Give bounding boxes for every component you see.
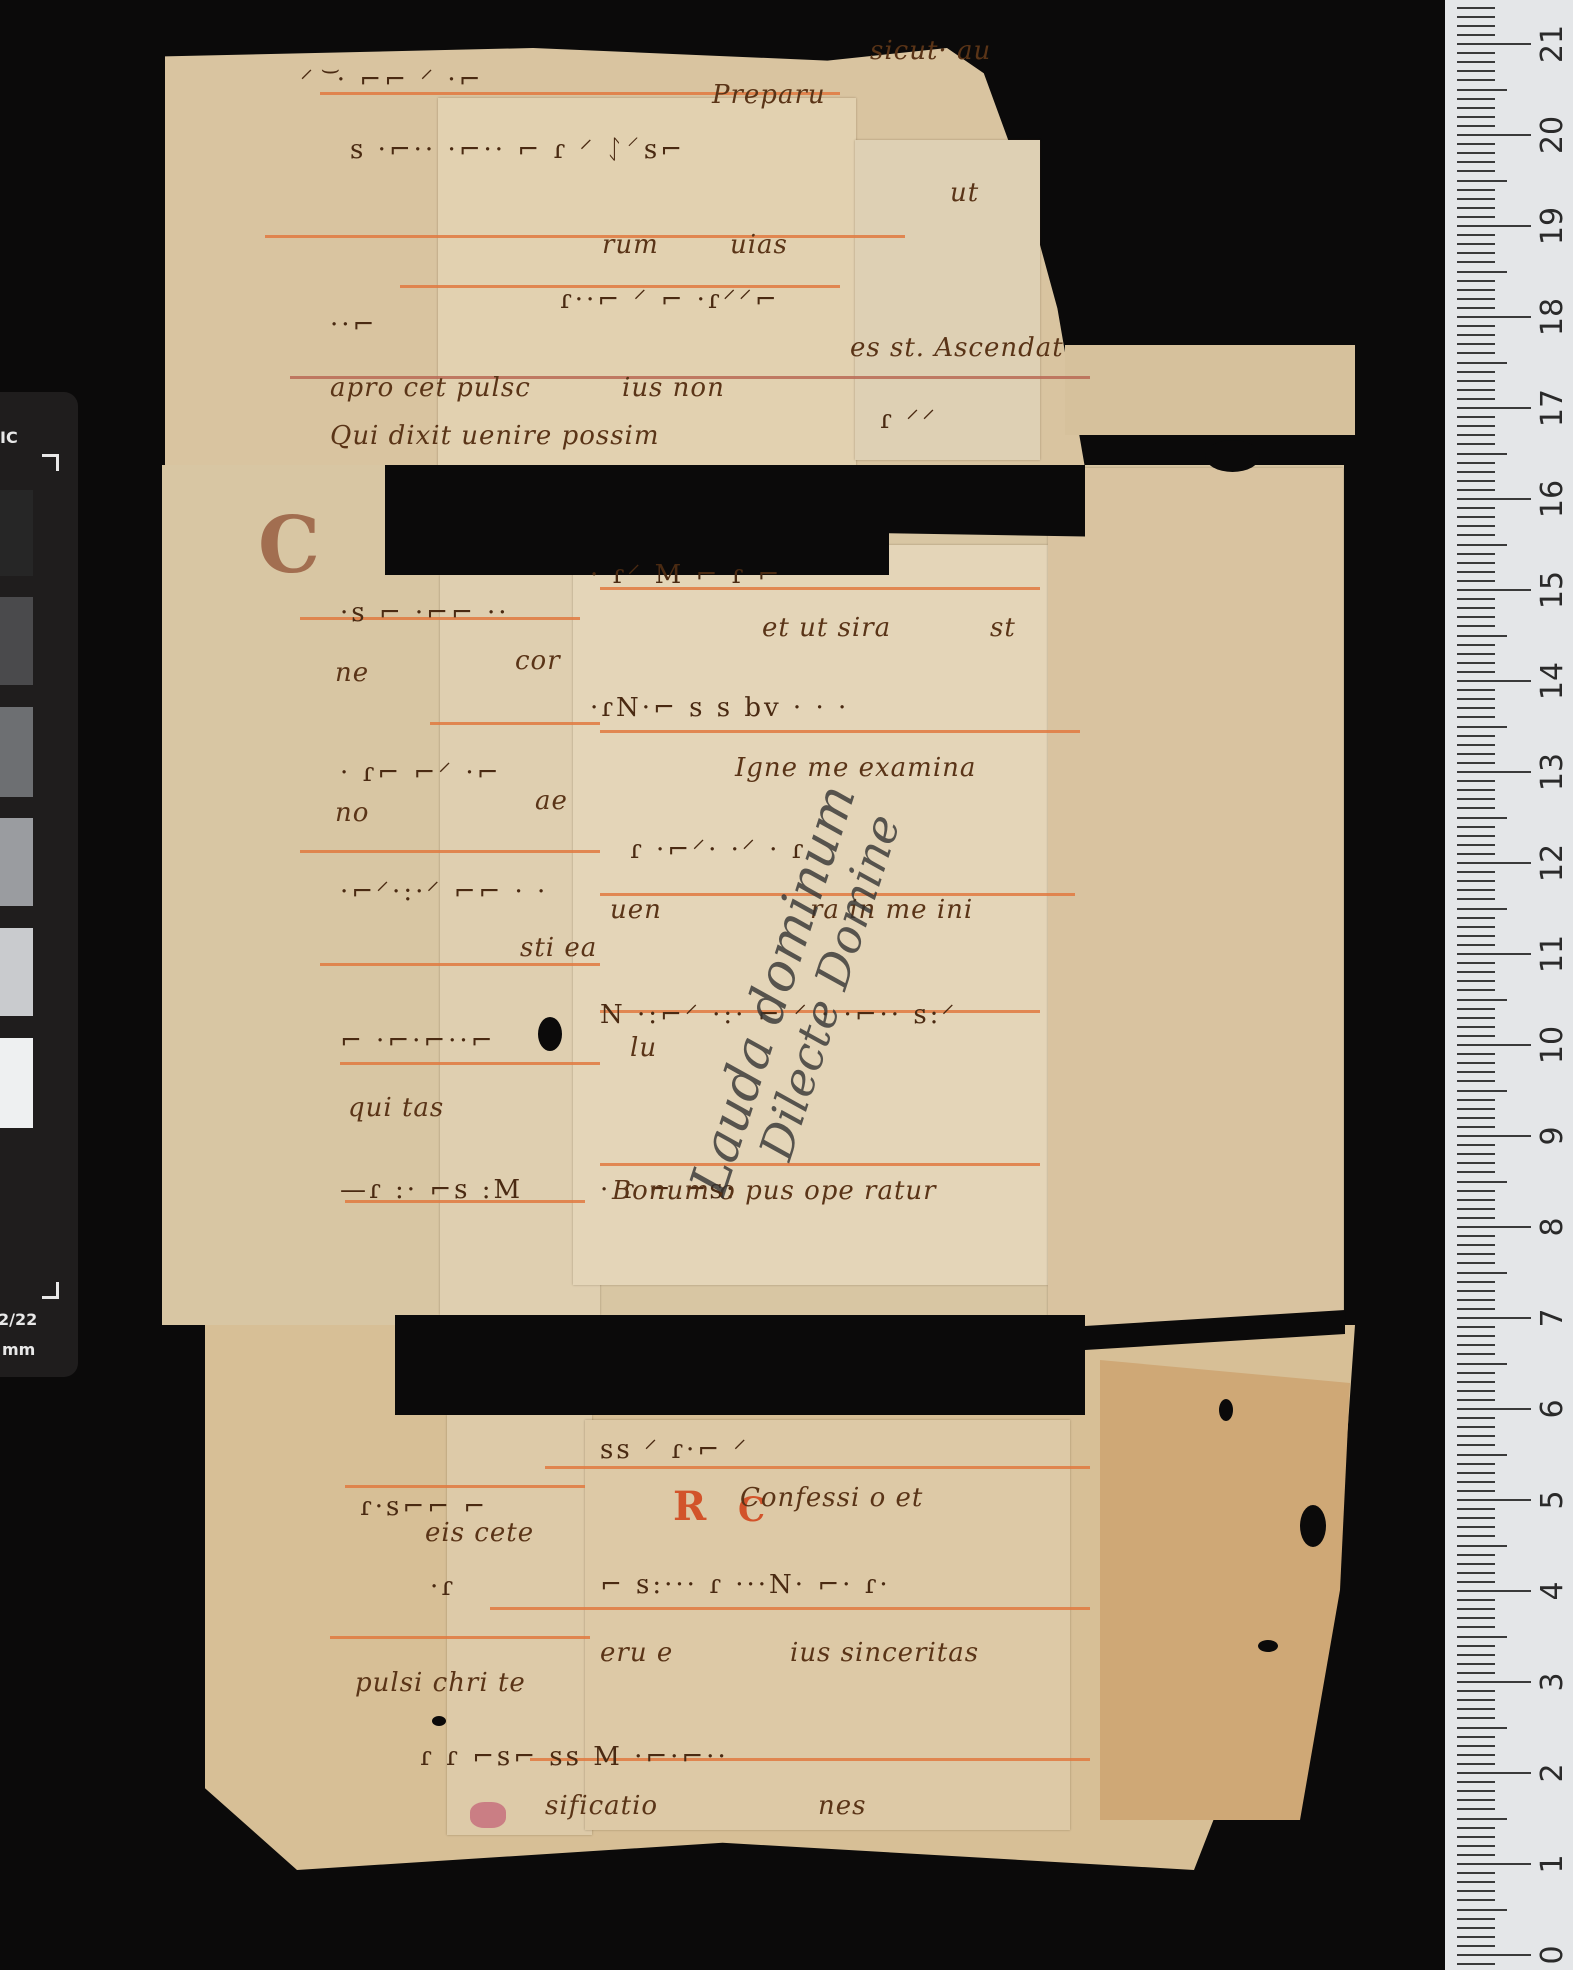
wax-seal-fragment: [470, 1802, 506, 1828]
ruler-tick: [1457, 1608, 1495, 1610]
manuscript-word: Confessi o et: [740, 1483, 923, 1513]
ruler-tick: [1457, 134, 1531, 136]
manuscript-word: uen: [610, 895, 662, 925]
ruler-tick: [1457, 198, 1495, 200]
hole: [538, 1017, 562, 1051]
ruler-tick: [1457, 917, 1495, 919]
ruler-tick: [1457, 1363, 1507, 1365]
ruler-tick: [1457, 707, 1495, 709]
ruler-tick: [1457, 735, 1495, 737]
manuscript-word: lu: [630, 1033, 657, 1063]
ruler-tick: [1457, 1818, 1507, 1820]
manuscript-word: eis cete: [425, 1518, 534, 1548]
ruler-tick: [1457, 1135, 1531, 1137]
ruler-tick: [1457, 744, 1495, 746]
ruler-tick: [1457, 635, 1507, 637]
ruler-tick: [1457, 1435, 1495, 1437]
ruler-tick: [1457, 653, 1495, 655]
ruler-tick: [1457, 389, 1495, 391]
measurement-ruler: 0123456789101112131415161718192021: [1445, 0, 1573, 1970]
ruler-tick: [1457, 1727, 1507, 1729]
ruler-tick: [1457, 598, 1495, 600]
manuscript-word: no: [335, 798, 369, 828]
manuscript-word: sti ea: [520, 933, 597, 963]
ruler-tick: [1457, 1417, 1495, 1419]
ruler-tick: [1457, 589, 1531, 591]
ruler-tick: [1457, 1090, 1507, 1092]
ruler-tick: [1457, 1181, 1507, 1183]
ruler-tick: [1457, 962, 1495, 964]
ruler-tick: [1457, 807, 1495, 809]
ruler-tick: [1457, 252, 1495, 254]
neume-row: ⌐ ·⌐·⌐··⌐: [340, 1026, 495, 1056]
ruler-tick: [1457, 1845, 1495, 1847]
ruler-tick: [1457, 280, 1495, 282]
ruler-tick: [1457, 1799, 1495, 1801]
ruler-tick: [1457, 1636, 1507, 1638]
ruler-tick: [1457, 1754, 1495, 1756]
ruler-tick: [1457, 1426, 1495, 1428]
ruler-label: 14: [1538, 661, 1568, 701]
ruler-tick: [1457, 516, 1495, 518]
ruler-tick: [1457, 407, 1531, 409]
ruler-tick: [1457, 1717, 1495, 1719]
ruler-tick: [1457, 1335, 1495, 1337]
ruler-label: 2: [1538, 1753, 1568, 1793]
ruler-tick: [1457, 1099, 1495, 1101]
ruler-tick: [1457, 726, 1507, 728]
manuscript-word: uias: [730, 230, 788, 260]
ruler-tick: [1457, 453, 1507, 455]
ruler-tick: [1457, 1899, 1495, 1901]
ruler-tick: [1457, 489, 1495, 491]
ruler-label: 6: [1538, 1389, 1568, 1429]
ruler-tick: [1457, 644, 1495, 646]
ruler-tick: [1457, 1108, 1495, 1110]
ruler-tick: [1457, 334, 1495, 336]
ruler-tick: [1457, 798, 1495, 800]
neume-row: ꜱ ·⌐·· ·⌐·· ⌐ ɾ ⸍ ᛇ⸍ꜱ⌐: [350, 130, 685, 166]
ruler-tick: [1457, 161, 1495, 163]
ruler-tick: [1457, 1281, 1495, 1283]
ruler-tick: [1457, 1317, 1531, 1319]
ruler-tick: [1457, 1881, 1495, 1883]
ruler-tick: [1457, 1645, 1495, 1647]
ruler-label: 19: [1538, 206, 1568, 246]
ruler-label: 5: [1538, 1480, 1568, 1520]
neume-row: ·ꜱ ⌐ ·⌐⌐ ··: [340, 598, 510, 628]
manuscript-word: Qui dixit uenire possim: [330, 421, 660, 451]
ruler-tick: [1457, 944, 1495, 946]
neume-row: ··⌐: [330, 310, 377, 340]
ruler-tick: [1457, 425, 1495, 427]
ruler-tick: [1457, 1781, 1495, 1783]
ruler-tick: [1457, 170, 1495, 172]
ruler-tick: [1457, 1190, 1495, 1192]
ruler-tick: [1457, 880, 1495, 882]
ruler-tick: [1457, 1854, 1495, 1856]
ruler-tick: [1457, 1790, 1495, 1792]
ruler-tick: [1457, 298, 1495, 300]
ruler-tick: [1457, 79, 1495, 81]
ruler-tick: [1457, 1736, 1495, 1738]
ruler-tick: [1457, 143, 1495, 145]
ruler-tick: [1457, 462, 1495, 464]
ruler-tick: [1457, 1954, 1531, 1956]
ruler-tick: [1457, 1808, 1495, 1810]
manuscript-word: eru e: [600, 1638, 673, 1668]
ruler-tick: [1457, 908, 1507, 910]
ruler-tick: [1457, 1244, 1495, 1246]
ruler-tick: [1457, 1499, 1531, 1501]
ruler-tick: [1457, 716, 1495, 718]
neume-row: ɾ··⌐ ⸍ ⌐ ·ɾ⸍⸍⌐: [560, 280, 779, 316]
ruler-tick: [1457, 325, 1495, 327]
ruler-tick: [1457, 7, 1495, 9]
ruler-tick: [1457, 1253, 1495, 1255]
ruler-tick: [1457, 1708, 1495, 1710]
manuscript-word: Igne me examina: [735, 753, 976, 783]
ruler-tick: [1457, 680, 1531, 682]
neume-row: ɾ ·⌐⸍· ·⸍ · ɾ: [630, 830, 806, 866]
neume-row: —ɾ :· ⌐ꜱ :M: [340, 1175, 523, 1205]
manuscript-word: et ut sira: [762, 613, 891, 643]
ruler-tick: [1457, 1927, 1495, 1929]
ruler-tick: [1457, 1772, 1531, 1774]
ruler-tick: [1457, 544, 1507, 546]
ruler-tick: [1457, 762, 1495, 764]
ruler-tick: [1457, 826, 1495, 828]
ruler-tick: [1457, 926, 1495, 928]
ruler-tick: [1457, 953, 1531, 955]
ruler-tick: [1457, 817, 1507, 819]
manuscript-word: pulsi chri te: [355, 1668, 526, 1698]
ruler-label: 7: [1538, 1298, 1568, 1338]
ruler-tick: [1457, 307, 1495, 309]
ruler-tick: [1457, 1162, 1495, 1164]
gap-lower: [395, 1315, 1085, 1415]
ruler-label: 4: [1538, 1571, 1568, 1611]
manuscript-word: nes: [818, 1791, 866, 1821]
ruler-label: 13: [1538, 752, 1568, 792]
ruler-tick: [1457, 1508, 1495, 1510]
ruler-tick: [1457, 553, 1495, 555]
manuscript-word: apro cet pulsc: [330, 373, 531, 403]
ruler-tick: [1457, 1763, 1495, 1765]
ruler-tick: [1457, 1062, 1495, 1064]
ruler-label: 18: [1538, 297, 1568, 337]
ruler-tick: [1457, 443, 1495, 445]
ruler-tick: [1457, 261, 1495, 263]
ruler-tick: [1457, 498, 1531, 500]
hole: [1219, 1399, 1233, 1421]
pasted-strip-bottom-left: [447, 1415, 592, 1835]
ruler-tick: [1457, 1836, 1495, 1838]
ruler-tick: [1457, 889, 1495, 891]
parchment-top-right: [1065, 345, 1355, 435]
ruler-tick: [1457, 1890, 1495, 1892]
staff-line: [600, 730, 1080, 733]
ruler-tick: [1457, 971, 1495, 973]
ruler-tick: [1457, 1308, 1495, 1310]
ruler-tick: [1457, 1535, 1495, 1537]
neume-row: ⌐ ꜱ:··· ɾ ···N· ⌐· ɾ·: [600, 1570, 891, 1600]
ruler-tick: [1457, 671, 1495, 673]
manuscript-word: rum: [602, 230, 659, 260]
ruler-tick: [1457, 1026, 1495, 1028]
ruler-tick: [1457, 434, 1495, 436]
ruler-tick: [1457, 898, 1495, 900]
ruler-tick: [1457, 935, 1495, 937]
ruler-tick: [1457, 1126, 1495, 1128]
ruler-tick: [1457, 789, 1495, 791]
ruler-label: 11: [1538, 934, 1568, 974]
ruler-tick: [1457, 216, 1495, 218]
ruler-label: 10: [1538, 1025, 1568, 1065]
ruler-tick: [1457, 34, 1495, 36]
manuscript-word: qui tas: [348, 1093, 444, 1123]
ruler-tick: [1457, 1572, 1495, 1574]
ruler-label: 21: [1538, 24, 1568, 64]
manuscript-word: ae: [535, 786, 568, 816]
neume-row: ɾ ɾ ⌐ꜱ⌐ ꜱꜱ M ·⌐·⌐··: [420, 1742, 729, 1772]
ruler-label: 12: [1538, 843, 1568, 883]
ruler-tick: [1457, 1290, 1495, 1292]
staff-line: [300, 850, 600, 853]
ruler-tick: [1457, 1272, 1507, 1274]
ruler-tick: [1457, 234, 1495, 236]
ruler-tick: [1457, 771, 1531, 773]
ruler-label: 20: [1538, 115, 1568, 155]
ruler-tick: [1457, 1626, 1495, 1628]
hole: [1258, 1640, 1278, 1652]
ruler-tick: [1457, 999, 1507, 1001]
hole: [1205, 440, 1260, 472]
ruler-tick: [1457, 689, 1495, 691]
manuscript-word: cor: [515, 646, 561, 676]
staff-line: [330, 1636, 590, 1639]
ruler-tick: [1457, 1372, 1495, 1374]
ruler-tick: [1457, 107, 1495, 109]
ruler-tick: [1457, 989, 1495, 991]
ruler-tick: [1457, 616, 1495, 618]
ruler-tick: [1457, 371, 1495, 373]
manuscript-word: es st. Ascendat: [850, 333, 1064, 363]
ruler-label: 8: [1538, 1207, 1568, 1247]
ruler-tick: [1457, 1153, 1495, 1155]
ruler-tick: [1457, 1526, 1495, 1528]
ruler-tick: [1457, 625, 1495, 627]
ruler-tick: [1457, 1936, 1495, 1938]
ruler-tick: [1457, 343, 1495, 345]
rubric-initial: R: [673, 1483, 706, 1530]
ruler-tick: [1457, 271, 1507, 273]
ruler-tick: [1457, 1444, 1495, 1446]
ruler-tick: [1457, 61, 1495, 63]
ruler-tick: [1457, 189, 1495, 191]
ruler-label: 9: [1538, 1116, 1568, 1156]
ruler-tick: [1457, 1617, 1495, 1619]
ruler-tick: [1457, 1299, 1495, 1301]
ruler-tick: [1457, 16, 1495, 18]
ruler-label: 16: [1538, 479, 1568, 519]
ruler-tick: [1457, 1344, 1495, 1346]
ruler-tick: [1457, 471, 1495, 473]
ruler-tick: [1457, 1217, 1495, 1219]
hole: [1300, 1505, 1326, 1547]
manuscript-word: sicut· au: [870, 36, 991, 66]
neume-row: ⸍ ͝ · ⌐⌐ ⸍ ·⌐: [300, 60, 483, 96]
ruler-tick: [1457, 1262, 1495, 1264]
ruler-tick: [1457, 1481, 1495, 1483]
neume-row: ꜱꜱ ⸍ ɾ·⌐ ⸍: [600, 1430, 749, 1466]
ruler-tick: [1457, 25, 1495, 27]
ruler-tick: [1457, 562, 1495, 564]
neume-row: ·⌐⸍·:·⸍ ⌐⌐ · ·: [340, 872, 548, 908]
ruler-tick: [1457, 525, 1495, 527]
ruler-tick: [1457, 1044, 1531, 1046]
staff-line: [600, 1163, 1040, 1166]
staff-line: [545, 1466, 1090, 1469]
ruler-tick: [1457, 1963, 1495, 1965]
ruler-tick: [1457, 1872, 1495, 1874]
ruler-tick: [1457, 125, 1495, 127]
ruler-tick: [1457, 1017, 1495, 1019]
ruler-tick: [1457, 1390, 1495, 1392]
manuscript-word: ius sinceritas: [790, 1638, 979, 1668]
ruler-tick: [1457, 698, 1495, 700]
ruler-tick: [1457, 52, 1495, 54]
ruler-tick: [1457, 207, 1495, 209]
staff-line: [340, 1062, 600, 1065]
ruler-tick: [1457, 480, 1495, 482]
ruler-label: 15: [1538, 570, 1568, 610]
ruler-label: 1: [1538, 1844, 1568, 1884]
ruler-tick: [1457, 1554, 1495, 1556]
staff-line: [320, 963, 600, 966]
ruler-tick: [1457, 1827, 1495, 1829]
ruler-tick: [1457, 1053, 1495, 1055]
ruler-tick: [1457, 89, 1507, 91]
ruler-tick: [1457, 98, 1495, 100]
manuscript-word: sificatio: [545, 1791, 658, 1821]
ruler-tick: [1457, 180, 1507, 182]
manuscript-word: ut: [950, 178, 979, 208]
ruler-tick: [1457, 1663, 1495, 1665]
ruler-tick: [1457, 243, 1495, 245]
ruler-tick: [1457, 844, 1495, 846]
ruler-tick: [1457, 1199, 1495, 1201]
ruler-tick: [1457, 1909, 1507, 1911]
ruler-tick: [1457, 1008, 1495, 1010]
ruler-tick: [1457, 980, 1495, 982]
pasted-strip-middle-right: [1048, 468, 1343, 1328]
ruler-tick: [1457, 1144, 1495, 1146]
ruler-tick: [1457, 1208, 1495, 1210]
staff-line: [265, 235, 905, 238]
manuscript-word: ius non: [622, 373, 725, 403]
ruler-tick: [1457, 780, 1495, 782]
ruler-tick: [1457, 871, 1495, 873]
ruler-tick: [1457, 607, 1495, 609]
ruler-tick: [1457, 1699, 1495, 1701]
ruler-tick: [1457, 1545, 1507, 1547]
ruler-tick: [1457, 1945, 1495, 1947]
ruler-tick: [1457, 1654, 1495, 1656]
manuscript-word: st: [990, 613, 1016, 643]
ruler-tick: [1457, 1563, 1495, 1565]
neume-row: ɾ ⸍⸍: [880, 400, 938, 436]
ruler-tick: [1457, 1918, 1495, 1920]
hole: [432, 1716, 446, 1726]
neume-row: · ɾ⸍ M ⌐ ɾ ⌐: [590, 555, 782, 591]
ruler-tick: [1457, 1381, 1495, 1383]
ruler-tick: [1457, 507, 1495, 509]
ruler-tick: [1457, 289, 1495, 291]
ruler-tick: [1457, 580, 1495, 582]
ruler-tick: [1457, 43, 1531, 45]
ruler-tick: [1457, 1463, 1495, 1465]
ruler-tick: [1457, 1171, 1495, 1173]
ruler-tick: [1457, 1226, 1531, 1228]
ruler-tick: [1457, 1353, 1495, 1355]
ruler-tick: [1457, 70, 1495, 72]
ruler-tick: [1457, 225, 1531, 227]
ruler-tick: [1457, 1408, 1531, 1410]
ruler-tick: [1457, 152, 1495, 154]
ruler-tick: [1457, 1490, 1495, 1492]
ruler-tick: [1457, 352, 1495, 354]
ruler-tick: [1457, 662, 1495, 664]
ruler-label: 3: [1538, 1662, 1568, 1702]
neume-row: · ɾ⌐ ⌐⸍ ·⌐: [340, 753, 501, 789]
ruler-tick: [1457, 1326, 1495, 1328]
ruler-tick: [1457, 316, 1531, 318]
ruler-tick: [1457, 835, 1495, 837]
ruler-tick: [1457, 398, 1495, 400]
ruler-tick: [1457, 1454, 1507, 1456]
staff-line: [430, 722, 600, 725]
ruler-tick: [1457, 1681, 1531, 1683]
ruler-tick: [1457, 1235, 1495, 1237]
ruler-tick: [1457, 1117, 1495, 1119]
ruler-tick: [1457, 416, 1495, 418]
ruler-tick: [1457, 1080, 1495, 1082]
ruler-tick: [1457, 1690, 1495, 1692]
ruler-tick: [1457, 1599, 1495, 1601]
stained-region: [1100, 1360, 1350, 1820]
manuscript-word: Preparu: [712, 80, 826, 110]
ruler-tick: [1457, 1590, 1531, 1592]
manuscript-fragment: ⸍ ͝ · ⌐⌐ ⸍ ·⌐ ꜱ ·⌐·· ·⌐·· ⌐ ɾ ⸍ ᛇ⸍ꜱ⌐ ɾ··…: [0, 0, 1440, 1970]
ruler-label: 17: [1538, 388, 1568, 428]
ruler-tick: [1457, 116, 1495, 118]
ruler-tick: [1457, 1863, 1531, 1865]
ruler-tick: [1457, 753, 1495, 755]
ruler-tick: [1457, 1035, 1495, 1037]
manuscript-word: Bonum o pus ope ratur: [612, 1176, 937, 1206]
ruler-tick: [1457, 1071, 1495, 1073]
ruler-tick: [1457, 1581, 1495, 1583]
manuscript-word: ne: [335, 658, 369, 688]
ruler-tick: [1457, 1672, 1495, 1674]
rubric-initial: C: [258, 500, 320, 591]
ruler-tick: [1457, 534, 1495, 536]
ruler-label: 0: [1538, 1935, 1568, 1970]
ruler-tick: [1457, 1399, 1495, 1401]
neume-row: ·ɾN·⌐ ꜱ ꜱ bv · · ·: [590, 693, 849, 723]
ruler-tick: [1457, 853, 1495, 855]
